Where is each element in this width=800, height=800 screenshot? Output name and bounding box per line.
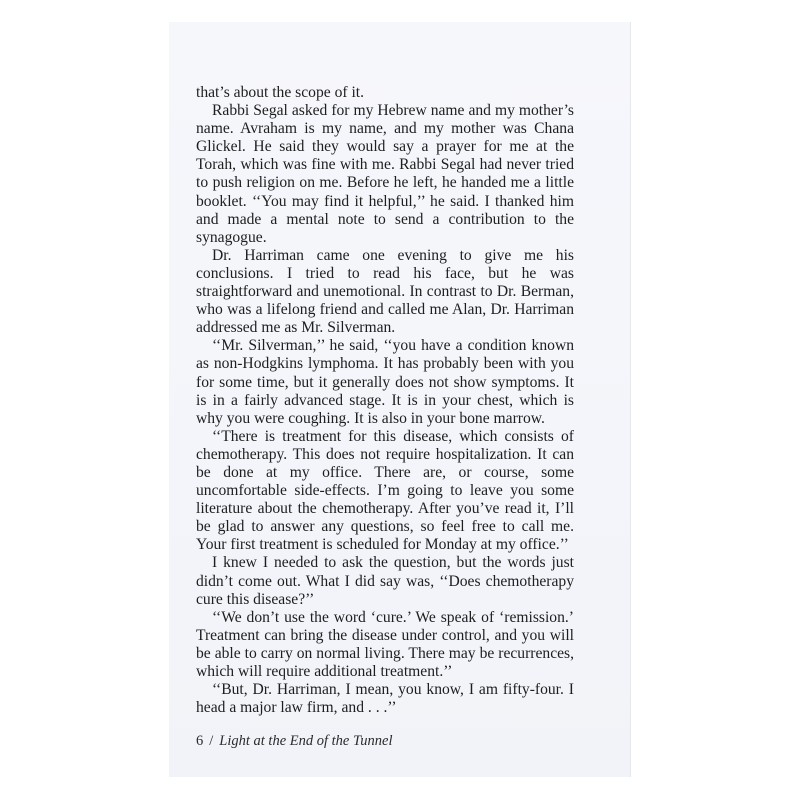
paragraph-5: ‘‘There is treatment for this disease, w… [196,428,574,555]
book-page: that’s about the scope of it. Rabbi Sega… [169,22,630,777]
paragraph-3: Dr. Harriman came one evening to give me… [196,247,574,337]
paragraph-7: ‘‘We don’t use the word ‘cure.’ We speak… [196,609,574,681]
body-text: that’s about the scope of it. Rabbi Sega… [196,84,574,717]
page-number: 6 [196,733,203,749]
paragraph-4: ‘‘Mr. Silverman,’’ he said, ‘‘you have a… [196,337,574,427]
page-footer: 6/Light at the End of the Tunnel [196,733,392,750]
paragraph-2: Rabbi Segal asked for my Hebrew name and… [196,102,574,247]
paragraph-8: ‘‘But, Dr. Harriman, I mean, you know, I… [196,681,574,717]
paragraph-6: I knew I needed to ask the question, but… [196,554,574,608]
footer-separator: / [209,733,213,749]
paragraph-1: that’s about the scope of it. [196,84,574,102]
running-title: Light at the End of the Tunnel [219,733,392,749]
